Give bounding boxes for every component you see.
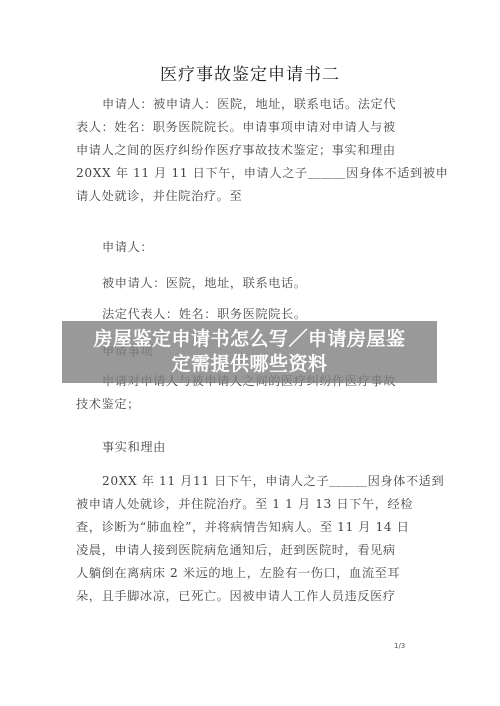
legal-rep-line: 法定代表人：姓名：职务医院院长。 [102,305,307,322]
document-title: 医疗事故鉴定申请书二 [0,60,500,85]
respondent-line: 被申请人：医院，地址，联系电话。 [102,274,307,291]
paragraph-line: 表人：姓名：职务医院院长。申请事项申请对申请人与被 [76,116,422,139]
overlay-title-line-2: 定需提供哪些资料 [171,352,327,377]
page-number: 1/3 [394,642,405,650]
paragraph-line: 查，诊断为“肺血栓”，并将病情告知病人。至 11 月 14 日 [76,516,422,539]
paragraph-line: 人躺倒在离病床 2 米远的地上，左脸有一伤口，血流至耳 [76,562,422,585]
paragraph-line: 20XX 年 11 月11 日下午，申请人之子＿＿＿因身体不适到 [76,470,422,493]
paragraph-line: 被申请人处就诊，并住院治疗。至 1 1 月 13 日下午，经检 [76,493,422,516]
applicant-label: 申请人： [102,238,153,255]
paragraph-line: 请人处就诊，并住院治疗。至 [76,185,422,208]
title-overlay-banner: 房屋鉴定申请书怎么写／申请房屋鉴 定需提供哪些资料 [62,321,437,383]
overlay-title-line-1: 房屋鉴定申请书怎么写／申请房屋鉴 [93,327,405,352]
paragraph-line: 申请人之间的医疗纠纷作医疗事故技术鉴定；事实和理由 [76,139,422,162]
paragraph-line: 20XX 年 11 月 11 日下午，申请人之子＿＿＿因身体不适到被申 [76,162,422,185]
facts-paragraph: 20XX 年 11 月11 日下午，申请人之子＿＿＿因身体不适到 被申请人处就诊… [76,470,422,608]
paragraph-line: 技术鉴定； [76,393,422,416]
paragraph-line: 申请人：被申请人：医院，地址，联系电话。法定代 [76,93,422,116]
paragraph-line: 凌晨，申请人接到医院病危通知后，赶到医院时，看见病 [76,539,422,562]
document-page: 医疗事故鉴定申请书二 申请人：被申请人：医院，地址，联系电话。法定代 表人：姓名… [0,0,500,706]
paragraph-line: 朵，且手脚冰凉，已死亡。因被申请人工作人员违反医疗 [76,585,422,608]
facts-heading: 事实和理由 [102,438,166,455]
intro-paragraph: 申请人：被申请人：医院，地址，联系电话。法定代 表人：姓名：职务医院院长。申请事… [76,93,422,208]
